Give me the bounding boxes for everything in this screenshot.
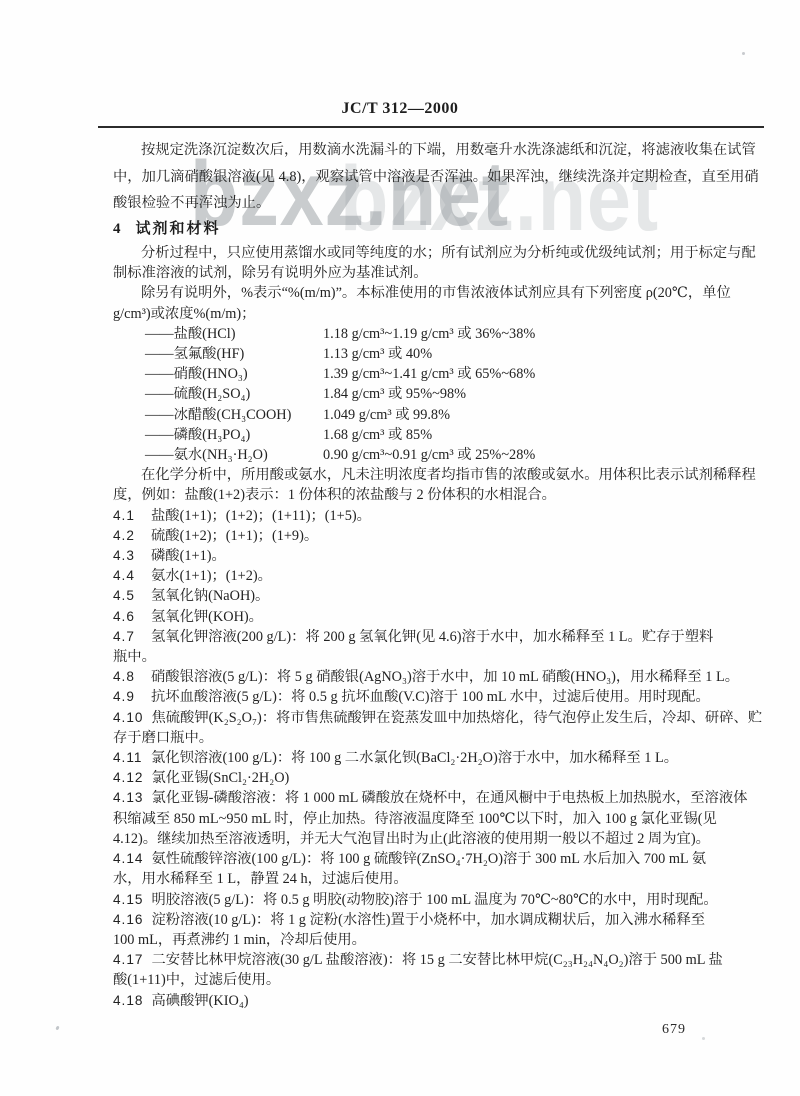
clause-text-cont: 瓶中。 xyxy=(113,647,729,667)
clause-text: 盐酸(1+1)；(1+2)；(1+11)；(1+5)。 xyxy=(151,508,371,524)
reagent-name: ——磷酸(H₃PO₄) xyxy=(145,425,323,445)
clause-4-18: 4.18高碘酸钾(KIO₄) xyxy=(113,991,729,1011)
header-rule xyxy=(98,126,764,128)
clause-4-8: 4.8硝酸银溶液(5 g/L)：将 5 g 硝酸银(AgNO₃)溶于水中，加 1… xyxy=(113,667,729,687)
reagent-spec: 1.18 g/cm³~1.19 g/cm³ 或 36%~38% xyxy=(323,324,729,344)
intro-line: 酸银检验不再浑浊为止。 xyxy=(113,190,729,217)
clause-4-10: 4.10焦硫酸钾(K₂S₂O₇)：将市售焦硫酸钾在瓷蒸发皿中加热熔化，待气泡停止… xyxy=(113,708,729,728)
paragraph-line: 在化学分析中，所用酸或氨水，凡未注明浓度者均指市售的浓酸或氨水。用体积比表示试剂… xyxy=(113,465,729,485)
reagent-row: ——磷酸(H₃PO₄) 1.68 g/cm³ 或 85% xyxy=(113,425,729,445)
clause-text: 硝酸银溶液(5 g/L)：将 5 g 硝酸银(AgNO₃)溶于水中，加 10 m… xyxy=(151,669,739,685)
clause-number: 4.11 xyxy=(113,748,143,768)
clause-number: 4.18 xyxy=(113,991,143,1011)
clause-text-cont: 4.12)。继续加热至溶液透明，并无大气泡冒出时为止(此溶液的使用期一般以不超过… xyxy=(113,829,729,849)
reagent-name: ——硫酸(H₂SO₄) xyxy=(145,384,323,404)
clause-4-15: 4.15明胶溶液(5 g/L)：将 0.5 g 明胶(动物胶)溶于 100 mL… xyxy=(113,890,729,910)
clause-4-13: 4.13氯化亚锡-磷酸溶液：将 1 000 mL 磷酸放在烧杯中，在通风橱中于电… xyxy=(113,788,729,808)
reagent-spec: 1.39 g/cm³~1.41 g/cm³ 或 65%~68% xyxy=(323,364,729,384)
clause-text-cont: 积缩减至 850 mL~950 mL 时，停止加热。待溶液温度降至 100℃以下… xyxy=(113,809,729,829)
clause-number: 4.7 xyxy=(113,627,143,647)
reagent-row: ——氨水(NH₃·H₂O) 0.90 g/cm³~0.91 g/cm³ 或 25… xyxy=(113,445,729,465)
clause-number: 4.6 xyxy=(113,607,143,627)
intro-line: 按规定洗涤沉淀数次后，用数滴水洗漏斗的下端，用数毫升水洗涤滤纸和沉淀，将滤液收集… xyxy=(113,137,729,164)
paragraph-line: g/cm³)或浓度%(m/m)； xyxy=(113,304,729,324)
clause-4-12: 4.12氯化亚锡(SnCl₂·2H₂O) xyxy=(113,768,729,788)
clause-text-cont: 酸(1+11)中，过滤后使用。 xyxy=(113,970,729,990)
clause-4-2: 4.2硫酸(1+2)；(1+1)；(1+9)。 xyxy=(113,526,729,546)
clause-text: 高碘酸钾(KIO₄) xyxy=(151,993,248,1009)
clause-number: 4.9 xyxy=(113,687,143,707)
standard-code: JC/T 312—2000 xyxy=(0,100,800,118)
clause-number: 4.16 xyxy=(113,910,143,930)
clause-text: 淀粉溶液(10 g/L)：将 1 g 淀粉(水溶性)置于小烧杯中，加水调成糊状后… xyxy=(151,912,705,928)
reagent-row: ——硫酸(H₂SO₄) 1.84 g/cm³ 或 95%~98% xyxy=(113,384,729,404)
page-number: 679 xyxy=(662,1022,686,1038)
reagent-spec: 1.049 g/cm³ 或 99.8% xyxy=(323,405,729,425)
clause-text: 氢氧化钠(NaOH)。 xyxy=(151,588,269,604)
reagent-row: ——氢氟酸(HF) 1.13 g/cm³ 或 40% xyxy=(113,344,729,364)
clause-number: 4.14 xyxy=(113,849,143,869)
section-heading: 4试剂和材料 xyxy=(113,219,729,239)
reagent-row: ——硝酸(HNO₃) 1.39 g/cm³~1.41 g/cm³ 或 65%~6… xyxy=(113,364,729,384)
clause-number: 4.13 xyxy=(113,788,143,808)
clause-text: 氯化亚锡(SnCl₂·2H₂O) xyxy=(151,770,289,786)
clause-text: 氨性硫酸锌溶液(100 g/L)：将 100 g 硫酸锌(ZnSO₄·7H₂O)… xyxy=(151,851,706,867)
clause-text: 氢氧化钾(KOH)。 xyxy=(151,609,263,625)
section-title: 试剂和材料 xyxy=(136,221,221,237)
clause-text: 明胶溶液(5 g/L)：将 0.5 g 明胶(动物胶)溶于 100 mL 温度为… xyxy=(151,892,717,908)
clause-number: 4.4 xyxy=(113,566,143,586)
reagent-spec: 1.68 g/cm³ 或 85% xyxy=(323,425,729,445)
clause-text: 焦硫酸钾(K₂S₂O₇)：将市售焦硫酸钾在瓷蒸发皿中加热熔化，待气泡停止发生后，… xyxy=(151,710,762,726)
clause-text-cont: 100 mL，再煮沸约 1 min，冷却后使用。 xyxy=(113,930,729,950)
clause-4-14: 4.14氨性硫酸锌溶液(100 g/L)：将 100 g 硫酸锌(ZnSO₄·7… xyxy=(113,849,729,869)
clause-text: 氯化钡溶液(100 g/L)：将 100 g 二水氯化钡(BaCl₂·2H₂O)… xyxy=(151,750,678,766)
scan-speck xyxy=(55,1026,59,1031)
reagent-name: ——氨水(NH₃·H₂O) xyxy=(145,445,323,465)
reagent-spec: 0.90 g/cm³~0.91 g/cm³ 或 25%~28% xyxy=(323,445,729,465)
clause-text: 抗坏血酸溶液(5 g/L)：将 0.5 g 抗坏血酸(V.C)溶于 100 mL… xyxy=(151,689,710,705)
clause-number: 4.17 xyxy=(113,950,143,970)
clause-4-5: 4.5氢氧化钠(NaOH)。 xyxy=(113,586,729,606)
clause-4-4: 4.4氨水(1+1)；(1+2)。 xyxy=(113,566,729,586)
paragraph-line: 除另有说明外，%表示“%(m/m)”。本标准使用的市售浓液体试剂应具有下列密度 … xyxy=(113,283,729,303)
clause-4-6: 4.6氢氧化钾(KOH)。 xyxy=(113,607,729,627)
clause-number: 4.2 xyxy=(113,526,143,546)
paragraph-line: 分析过程中，只应使用蒸馏水或同等纯度的水；所有试剂应为分析纯或优级纯试剂；用于标… xyxy=(113,243,729,263)
reagent-spec: 1.84 g/cm³ 或 95%~98% xyxy=(323,384,729,404)
paragraph-line: 度，例如：盐酸(1+2)表示：1 份体积的浓盐酸与 2 份体积的水相混合。 xyxy=(113,485,729,505)
clause-text: 磷酸(1+1)。 xyxy=(151,548,226,564)
clause-number: 4.12 xyxy=(113,768,143,788)
clause-text: 氯化亚锡-磷酸溶液：将 1 000 mL 磷酸放在烧杯中，在通风橱中于电热板上加… xyxy=(151,790,747,806)
scan-speck xyxy=(742,52,745,55)
scan-speck xyxy=(702,1037,705,1040)
reagent-name: ——盐酸(HCl) xyxy=(145,324,323,344)
section-body: 分析过程中，只应使用蒸馏水或同等纯度的水；所有试剂应为分析纯或优级纯试剂；用于标… xyxy=(113,243,729,1011)
intro-paragraph: 按规定洗涤沉淀数次后，用数滴水洗漏斗的下端，用数毫升水洗涤滤纸和沉淀，将滤液收集… xyxy=(113,137,729,217)
clause-number: 4.1 xyxy=(113,506,143,526)
intro-line: 中，加几滴硝酸银溶液(见 4.8)，观察试管中溶液是否浑浊。如果浑浊，继续洗涤并… xyxy=(113,164,729,191)
clause-number: 4.3 xyxy=(113,546,143,566)
paragraph-line: 制标准溶液的试剂，除另有说明外应为基准试剂。 xyxy=(113,263,729,283)
section-number: 4 xyxy=(113,221,121,237)
reagent-name: ——氢氟酸(HF) xyxy=(145,344,323,364)
clause-text-cont: 存于磨口瓶中。 xyxy=(113,728,729,748)
reagent-name: ——硝酸(HNO₃) xyxy=(145,364,323,384)
clause-text: 氨水(1+1)；(1+2)。 xyxy=(151,568,272,584)
reagent-row: ——冰醋酸(CH₃COOH) 1.049 g/cm³ 或 99.8% xyxy=(113,405,729,425)
clause-text: 硫酸(1+2)；(1+1)；(1+9)。 xyxy=(151,528,318,544)
clause-4-9: 4.9抗坏血酸溶液(5 g/L)：将 0.5 g 抗坏血酸(V.C)溶于 100… xyxy=(113,687,729,707)
clause-number: 4.8 xyxy=(113,667,143,687)
reagent-spec: 1.13 g/cm³ 或 40% xyxy=(323,344,729,364)
clause-4-17: 4.17二安替比林甲烷溶液(30 g/L 盐酸溶液)：将 15 g 二安替比林甲… xyxy=(113,950,729,970)
clause-number: 4.5 xyxy=(113,586,143,606)
clause-text: 氢氧化钾溶液(200 g/L)：将 200 g 氢氧化钾(见 4.6)溶于水中，… xyxy=(151,629,713,645)
clause-4-3: 4.3磷酸(1+1)。 xyxy=(113,546,729,566)
clause-text-cont: 水，用水稀释至 1 L，静置 24 h，过滤后使用。 xyxy=(113,869,729,889)
clause-4-1: 4.1盐酸(1+1)；(1+2)；(1+11)；(1+5)。 xyxy=(113,506,729,526)
clause-4-16: 4.16淀粉溶液(10 g/L)：将 1 g 淀粉(水溶性)置于小烧杯中，加水调… xyxy=(113,910,729,930)
reagent-name: ——冰醋酸(CH₃COOH) xyxy=(145,405,323,425)
clause-text: 二安替比林甲烷溶液(30 g/L 盐酸溶液)：将 15 g 二安替比林甲烷(C₂… xyxy=(151,952,722,968)
scanned-page: bzxz.net bzxz.net JC/T 312—2000 按规定洗涤沉淀数… xyxy=(0,0,800,1096)
clause-4-7: 4.7氢氧化钾溶液(200 g/L)：将 200 g 氢氧化钾(见 4.6)溶于… xyxy=(113,627,729,647)
reagent-row: ——盐酸(HCl) 1.18 g/cm³~1.19 g/cm³ 或 36%~38… xyxy=(113,324,729,344)
clause-number: 4.10 xyxy=(113,708,143,728)
clause-number: 4.15 xyxy=(113,890,143,910)
clause-4-11: 4.11氯化钡溶液(100 g/L)：将 100 g 二水氯化钡(BaCl₂·2… xyxy=(113,748,729,768)
